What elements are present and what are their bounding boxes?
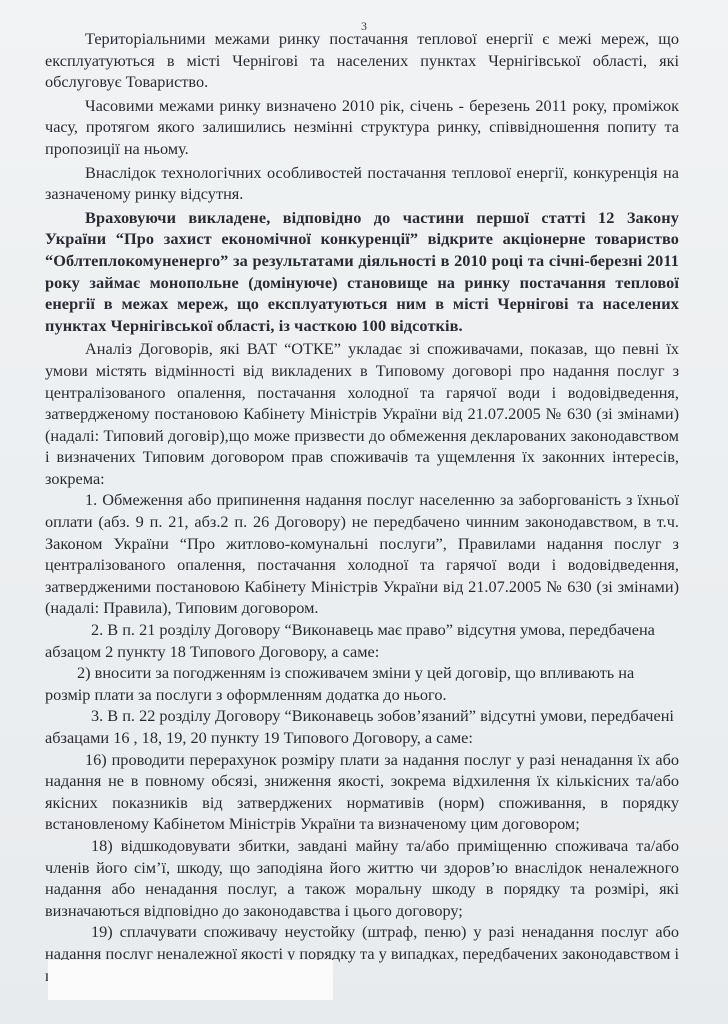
- redacted-area: [48, 960, 333, 1000]
- paragraph-time-bounds: Часовими межами ринку визначено 2010 рік…: [45, 95, 679, 160]
- paragraph-no-competition: Внаслідок технологічних особливостей пос…: [45, 162, 679, 205]
- document-body: Територіальними межами ринку постачання …: [45, 28, 679, 986]
- paragraph-item-2-sub: 2) вносити за погодженням із споживачем …: [45, 662, 679, 705]
- document-page: 3 Територіальними межами ринку постачанн…: [0, 0, 728, 1024]
- paragraph-item-1: 1. Обмеження або припинення надання посл…: [45, 489, 679, 619]
- paragraph-item-3: 3. В п. 22 розділу Договору “Виконавець …: [45, 705, 679, 748]
- paragraph-item-2: 2. В п. 21 розділу Договору “Виконавець …: [45, 619, 679, 662]
- paragraph-contract-analysis: Аналіз Договорів, які ВАТ “ОТКЕ” укладає…: [45, 338, 679, 489]
- paragraph-territorial-bounds: Територіальними межами ринку постачання …: [45, 28, 679, 93]
- paragraph-item-3-16: 16) проводити перерахунок розміру плати …: [45, 749, 679, 835]
- paragraph-item-3-18: 18) відшкодовувати збитки, завдані майну…: [45, 835, 679, 921]
- paragraph-monopoly-conclusion: Враховуючи викладене, відповідно до част…: [45, 207, 679, 337]
